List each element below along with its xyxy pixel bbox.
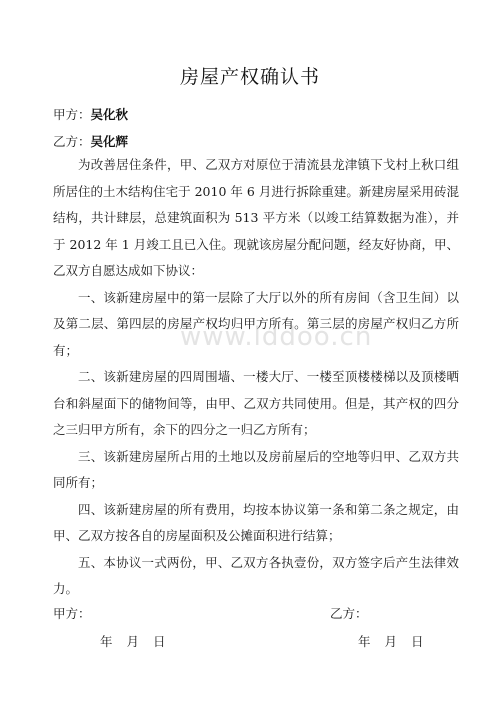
paragraph-clause-4: 四、该新建房屋的所有费用，均按本协议第一条和第二条之规定，由甲、乙双方按各自的房… [53,497,459,550]
paragraph-clause-1: 一、该新建房屋中的第一层除了大厅以外的所有房间（含卫生间）以及第二层、第四层的房… [53,285,459,365]
date-month: 月 [127,634,140,649]
party-b: 乙方：吴化辉 [53,132,128,150]
signature-party-b-date: 年月日 [358,632,424,650]
date-month: 月 [385,634,398,649]
paragraph-clause-2: 二、该新建房屋的四周围墙、一楼大厅、一楼至顶楼楼梯以及顶楼晒台和斜屋面下的储物间… [53,364,459,444]
signature-party-b-label: 乙方： [330,604,368,622]
party-b-name: 吴化辉 [91,134,129,149]
date-year: 年 [100,634,113,649]
party-a-label: 甲方： [53,107,91,122]
signature-party-a-date: 年月日 [100,632,166,650]
date-year: 年 [358,634,371,649]
date-day: 日 [153,634,166,649]
paragraph-clause-3: 三、该新建房屋所占用的土地以及房前屋后的空地等归甲、乙双方共同所有； [53,444,459,497]
document-body: 为改善居住条件，甲、乙双方对原位于清流县龙津镇下戈村上秋口组所居住的土木结构住宅… [53,152,459,603]
paragraph-clause-5: 五、本协议一式两份，甲、乙双方各执壹份，双方签字后产生法律效力。 [53,550,459,603]
party-a-name: 吴化秋 [91,107,129,122]
date-day: 日 [411,634,424,649]
signature-party-a-label: 甲方： [53,604,91,622]
document-title: 房屋产权确认书 [0,62,500,89]
party-a: 甲方：吴化秋 [53,105,128,123]
party-b-label: 乙方： [53,134,91,149]
paragraph-preamble: 为改善居住条件，甲、乙双方对原位于清流县龙津镇下戈村上秋口组所居住的土木结构住宅… [53,152,459,285]
